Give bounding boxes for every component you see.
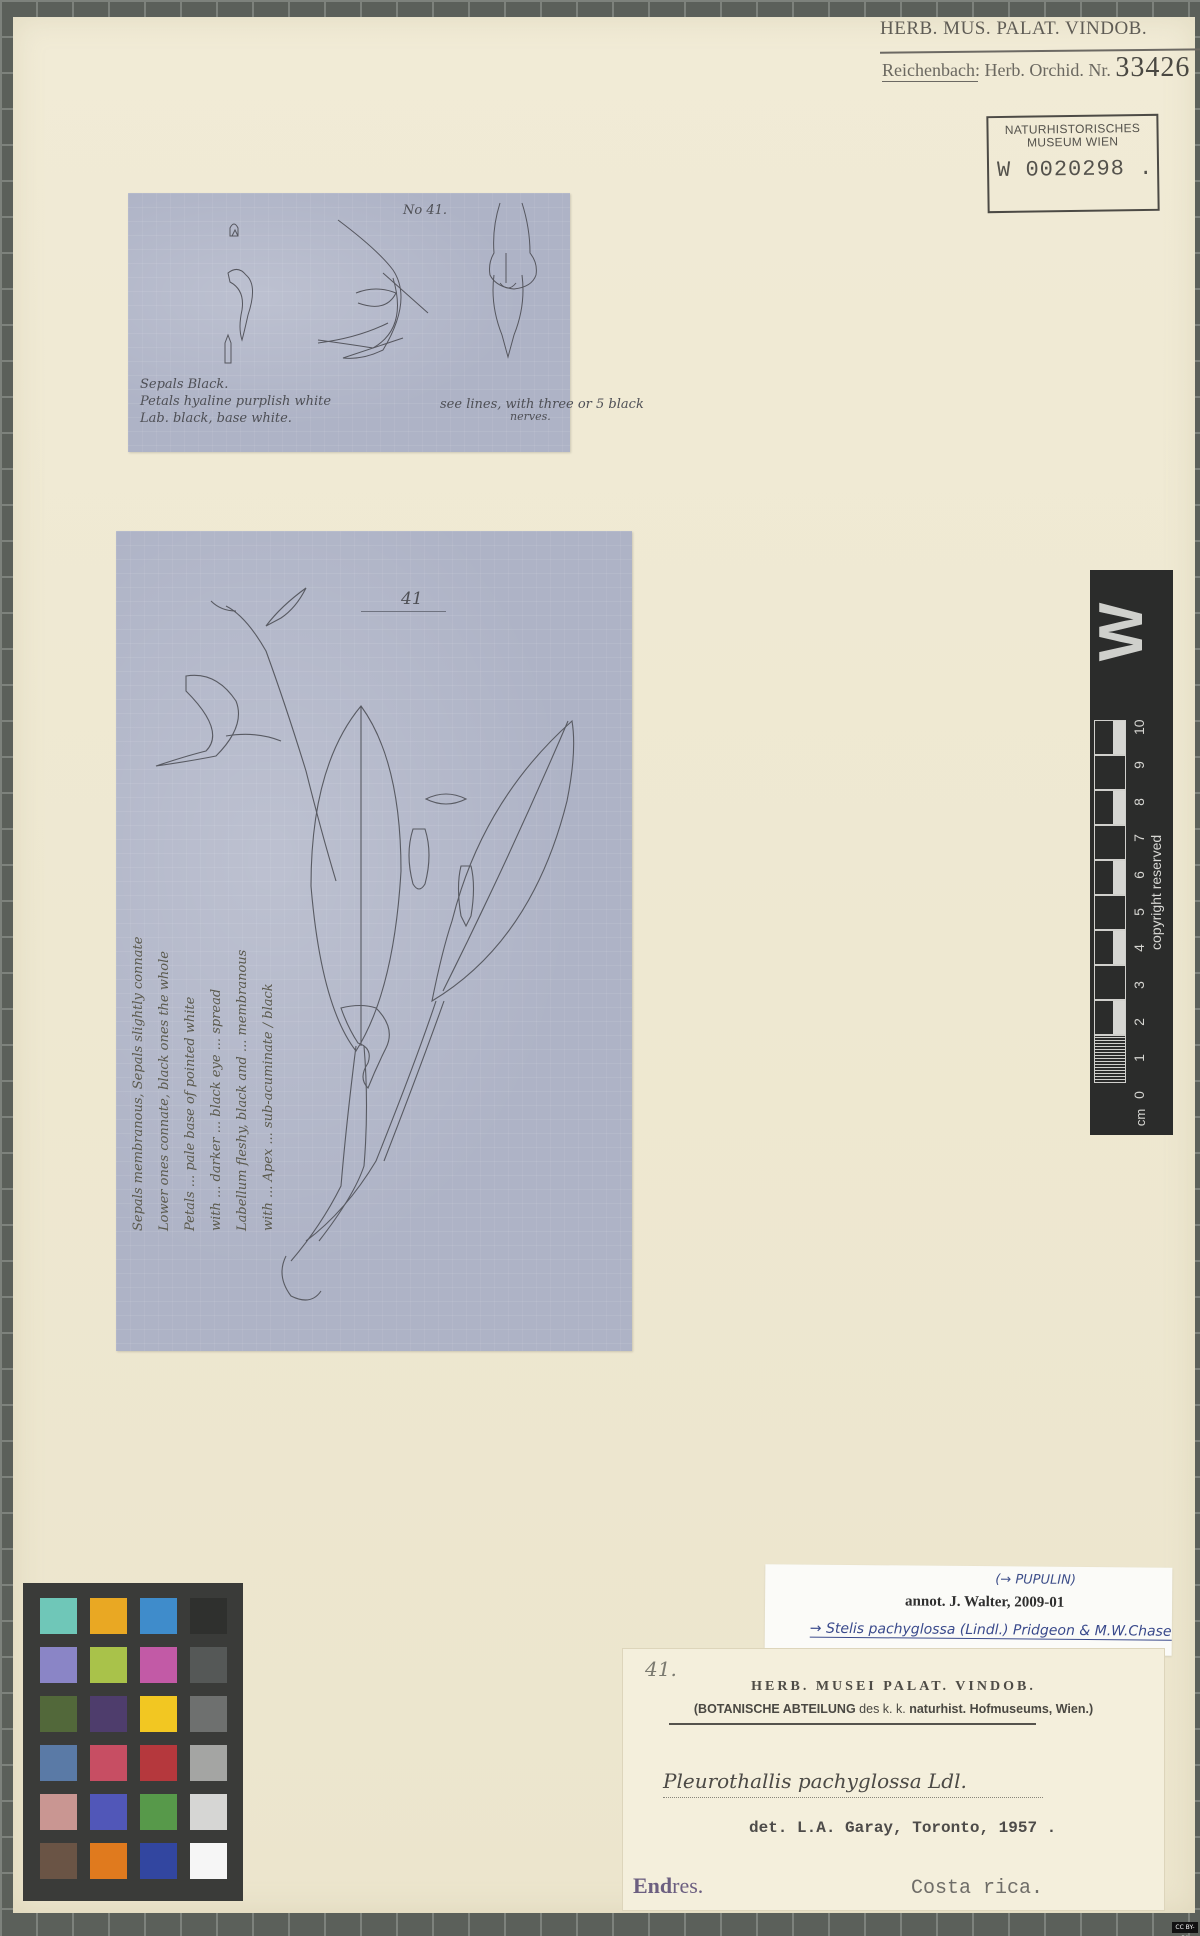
label-rule [669,1723,1036,1725]
stamp-underline [882,81,978,82]
taxon-dotted-line [663,1797,1043,1798]
locality: Costa rica. [911,1877,1043,1900]
color-swatch [90,1696,127,1732]
color-swatch [190,1745,227,1781]
tick-label: 4 [1131,941,1147,955]
note-line: with ... darker ... black eye ... spread [204,731,230,1231]
color-swatch [40,1598,77,1634]
collection-number-stamp: Reichenbach: Herb. Orchid. Nr. 33426 [882,52,1190,84]
collection-number: 33426 [1115,52,1190,83]
scale-segment [1094,1000,1126,1035]
scale-segment [1094,720,1126,755]
collector: Endres. [633,1873,703,1899]
note-line: Lower ones connate, black ones the whole [152,731,178,1231]
museum-logo: W [1092,602,1172,662]
scale-segment [1094,755,1126,790]
color-swatch [90,1794,127,1830]
scale-numbers: 10 9 8 7 6 5 4 3 2 1 0 [1132,720,1146,1120]
note-tail: nerves. [510,408,551,425]
barcode-stamp: NATURHISTORISCHES MUSEUM WIEN W 0020298 … [986,114,1159,213]
annotation-note: (→ PUPULIN) [995,1572,1076,1588]
vertical-handwritten-notes: Sepals membranous, Sepals slightly conna… [126,731,282,1231]
color-swatch [190,1647,227,1683]
collector-part: End [633,1873,672,1898]
large-drawing-sheet: 41 Sep [116,531,632,1351]
color-swatch [40,1794,77,1830]
color-swatch [40,1843,77,1879]
determiner: det. L.A. Garay, Toronto, 1957 . [749,1819,1056,1837]
barcode-stamp-line2: MUSEUM WIEN [989,135,1157,150]
label-institution: HERB. MUSEI PALAT. VINDOB. [623,1679,1164,1695]
color-swatch [190,1794,227,1830]
scale-bar: W copyright reserved 10 9 8 7 6 5 4 3 2 … [1090,570,1173,1135]
color-swatch [140,1598,177,1634]
label-number: 41. [645,1657,677,1681]
color-swatch [140,1647,177,1683]
scale-segment [1094,825,1126,860]
small-drawing-label: No 41. Sepals Black. Petals hyaline purp… [128,193,570,452]
note-line: Sepals membranous, Sepals slightly conna… [126,731,152,1231]
note-line: Sepals Black. [140,376,331,393]
note-line: Petals hyaline purplish white [140,393,331,410]
department-part: naturhist. Hofmuseums, Wien.) [909,1702,1093,1716]
taxon-name: Pleurothallis pachyglossa Ldl. [663,1769,967,1793]
department-part: (BOTANISCHE ABTEILUNG [694,1702,856,1716]
collector-part: res. [672,1873,703,1898]
color-swatch [40,1647,77,1683]
note-line: Petals ... pale base of pointed white [178,731,204,1231]
tick-label: 5 [1131,905,1147,919]
tick-label: 0 [1131,1088,1147,1102]
herbarium-stamp: HERB. MUS. PALAT. VINDOB. [880,18,1147,40]
barcode-code: W 0020298 . [997,156,1154,183]
copyright-notice: copyright reserved [1148,720,1168,950]
scale-ticks [1094,720,1126,1083]
note-line: Labellum fleshy, black and ... membranou… [230,731,256,1231]
tick-label: 2 [1131,1015,1147,1029]
note-line: Lab. black, base white. [140,410,331,427]
color-notes: Sepals Black. Petals hyaline purplish wh… [140,376,331,427]
department-part: des k. k. [856,1702,910,1716]
tick-label: 10 [1131,721,1147,735]
note-line: with ... Apex ... sub-acuminate / black [256,731,282,1231]
unit-label: cm [1133,1109,1148,1126]
color-swatch [90,1745,127,1781]
color-swatch [140,1843,177,1879]
tick-label: 1 [1131,1051,1147,1065]
annotator: annot. J. Walter, 2009-01 [905,1593,1064,1611]
collection-prefix: Reichenbach: Herb. Orchid. Nr. [882,60,1111,80]
color-swatch [190,1843,227,1879]
tick-label: 3 [1131,978,1147,992]
license-badge: CC BY-SA [1172,1922,1198,1933]
scale-segment [1094,895,1126,930]
tick-label: 8 [1131,795,1147,809]
main-herbarium-label: 41. HERB. MUSEI PALAT. VINDOB. (BOTANISC… [622,1648,1165,1911]
color-swatch [190,1598,227,1634]
tick-label: 6 [1131,868,1147,882]
color-swatch [140,1745,177,1781]
color-swatch [90,1647,127,1683]
tick-label: 7 [1131,831,1147,845]
color-swatch [140,1696,177,1732]
scale-segment [1094,930,1126,965]
color-swatch [40,1745,77,1781]
color-calibration-chart [23,1583,243,1901]
label-department: (BOTANISCHE ABTEILUNG des k. k. naturhis… [623,1702,1164,1716]
tick-label: 9 [1131,758,1147,772]
copyright-text: copyright reserved [1148,835,1164,950]
color-swatch [90,1598,127,1634]
redetermination: → Stelis pachyglossa (Lindl.) Pridgeon &… [810,1621,1172,1641]
barcode-stamp-institution: NATURHISTORISCHES MUSEUM WIEN [988,122,1156,150]
color-swatch [140,1794,177,1830]
annotation-label: (→ PUPULIN) annot. J. Walter, 2009-01 → … [765,1564,1173,1656]
scale-segment [1094,860,1126,895]
scale-segment [1094,965,1126,1000]
color-swatch [190,1696,227,1732]
color-swatch [40,1696,77,1732]
scale-segment [1094,790,1126,825]
color-swatch [90,1843,127,1879]
scale-segment-fine [1094,1035,1126,1083]
